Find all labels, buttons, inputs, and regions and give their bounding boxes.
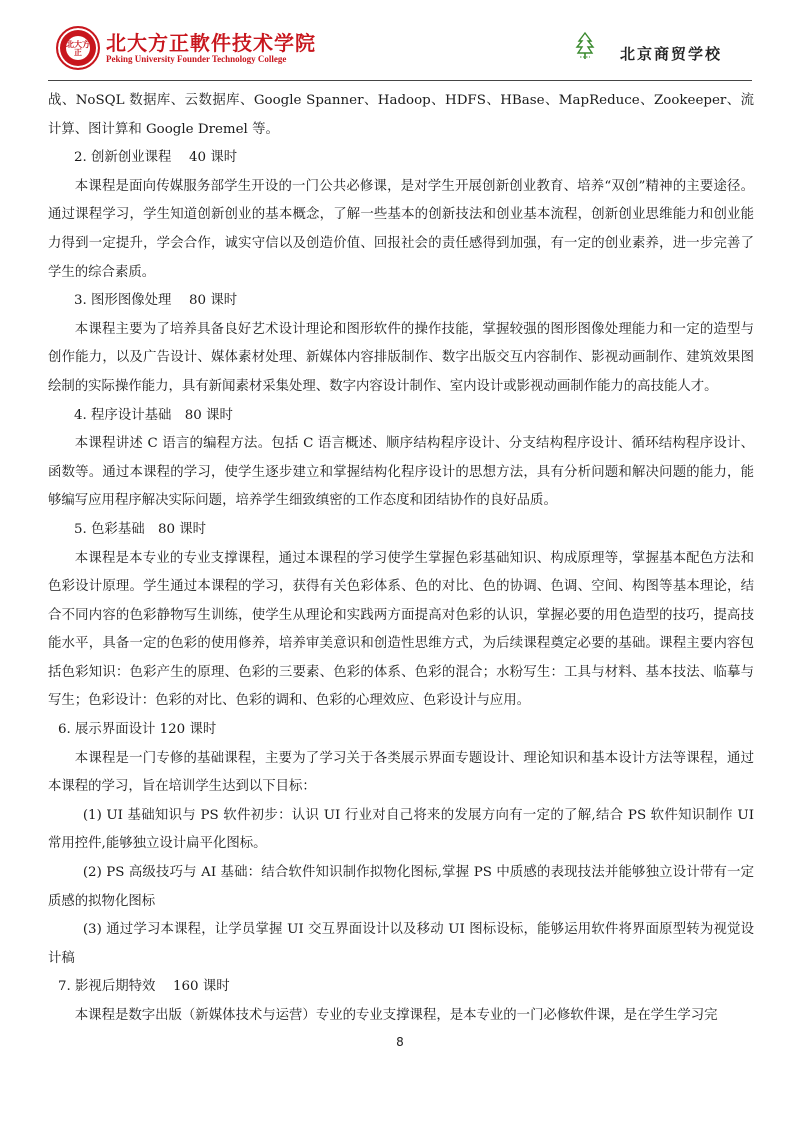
school-name: 北京商贸学校 [620, 44, 722, 64]
tree-icon [568, 30, 602, 64]
course-description-5: 本课程是本专业的专业支撑课程，通过本课程的学习使学生掌握色彩基础知识、构成原理等… [48, 545, 754, 717]
course-6-goal-3: (3) 通过学习本课程，让学员掌握 UI 交互界面设计以及移动 UI 图标设标，… [48, 916, 754, 973]
college-seal-icon: 北大方正 [56, 26, 100, 70]
course-description-2: 本课程是面向传媒服务部学生开设的一门公共必修课，是对学生开展创新创业教育、培养“… [48, 173, 754, 287]
founder-college-logo: 北大方正 北大方正軟件技术学院 Peking University Founde… [56, 26, 316, 70]
continuation-paragraph: 战、NoSQL 数据库、云数据库、Google Spanner、Hadoop、H… [48, 87, 754, 144]
course-heading-4: 4. 程序设计基础 80 课时 [48, 402, 754, 431]
course-description-4: 本课程讲述 C 语言的编程方法。包括 C 语言概述、顺序结构程序设计、分支结构程… [48, 430, 754, 516]
course-heading-5: 5. 色彩基础 80 课时 [48, 516, 754, 545]
course-heading-7: 7. 影视后期特效 160 课时 [48, 973, 754, 1002]
course-description-3: 本课程主要为了培养具备良好艺术设计理论和图形软件的操作技能，掌握较强的图形图像处… [48, 316, 754, 402]
document-body: 战、NoSQL 数据库、云数据库、Google Spanner、Hadoop、H… [48, 87, 754, 1031]
course-description-7: 本课程是数字出版（新媒体技术与运营）专业的专业支撑课程，是本专业的一门必修软件课… [48, 1002, 754, 1031]
course-description-6: 本课程是一门专修的基础课程，主要为了学习关于各类展示界面专题设计、理论知识和基本… [48, 745, 754, 802]
course-6-goal-2: (2) PS 高级技巧与 AI 基础：结合软件知识制作拟物化图标,掌握 PS 中… [48, 859, 754, 916]
page-number: 8 [0, 1035, 800, 1049]
course-heading-2: 2. 创新创业课程 40 课时 [48, 144, 754, 173]
course-6-goal-1: (1) UI 基础知识与 PS 软件初步：认识 UI 行业对自己将来的发展方向有… [48, 802, 754, 859]
seal-text: 北大方正 [66, 36, 90, 60]
college-name-cn: 北大方正軟件技术学院 [106, 32, 316, 54]
course-heading-6: 6. 展示界面设计 120 课时 [48, 716, 754, 745]
college-name-en: Peking University Founder Technology Col… [106, 54, 316, 65]
page-header: 北大方正 北大方正軟件技术学院 Peking University Founde… [48, 18, 752, 81]
college-name-block: 北大方正軟件技术学院 Peking University Founder Tec… [106, 32, 316, 65]
commerce-school-logo: 北京商贸学校 [568, 30, 722, 64]
course-heading-3: 3. 图形图像处理 80 课时 [48, 287, 754, 316]
